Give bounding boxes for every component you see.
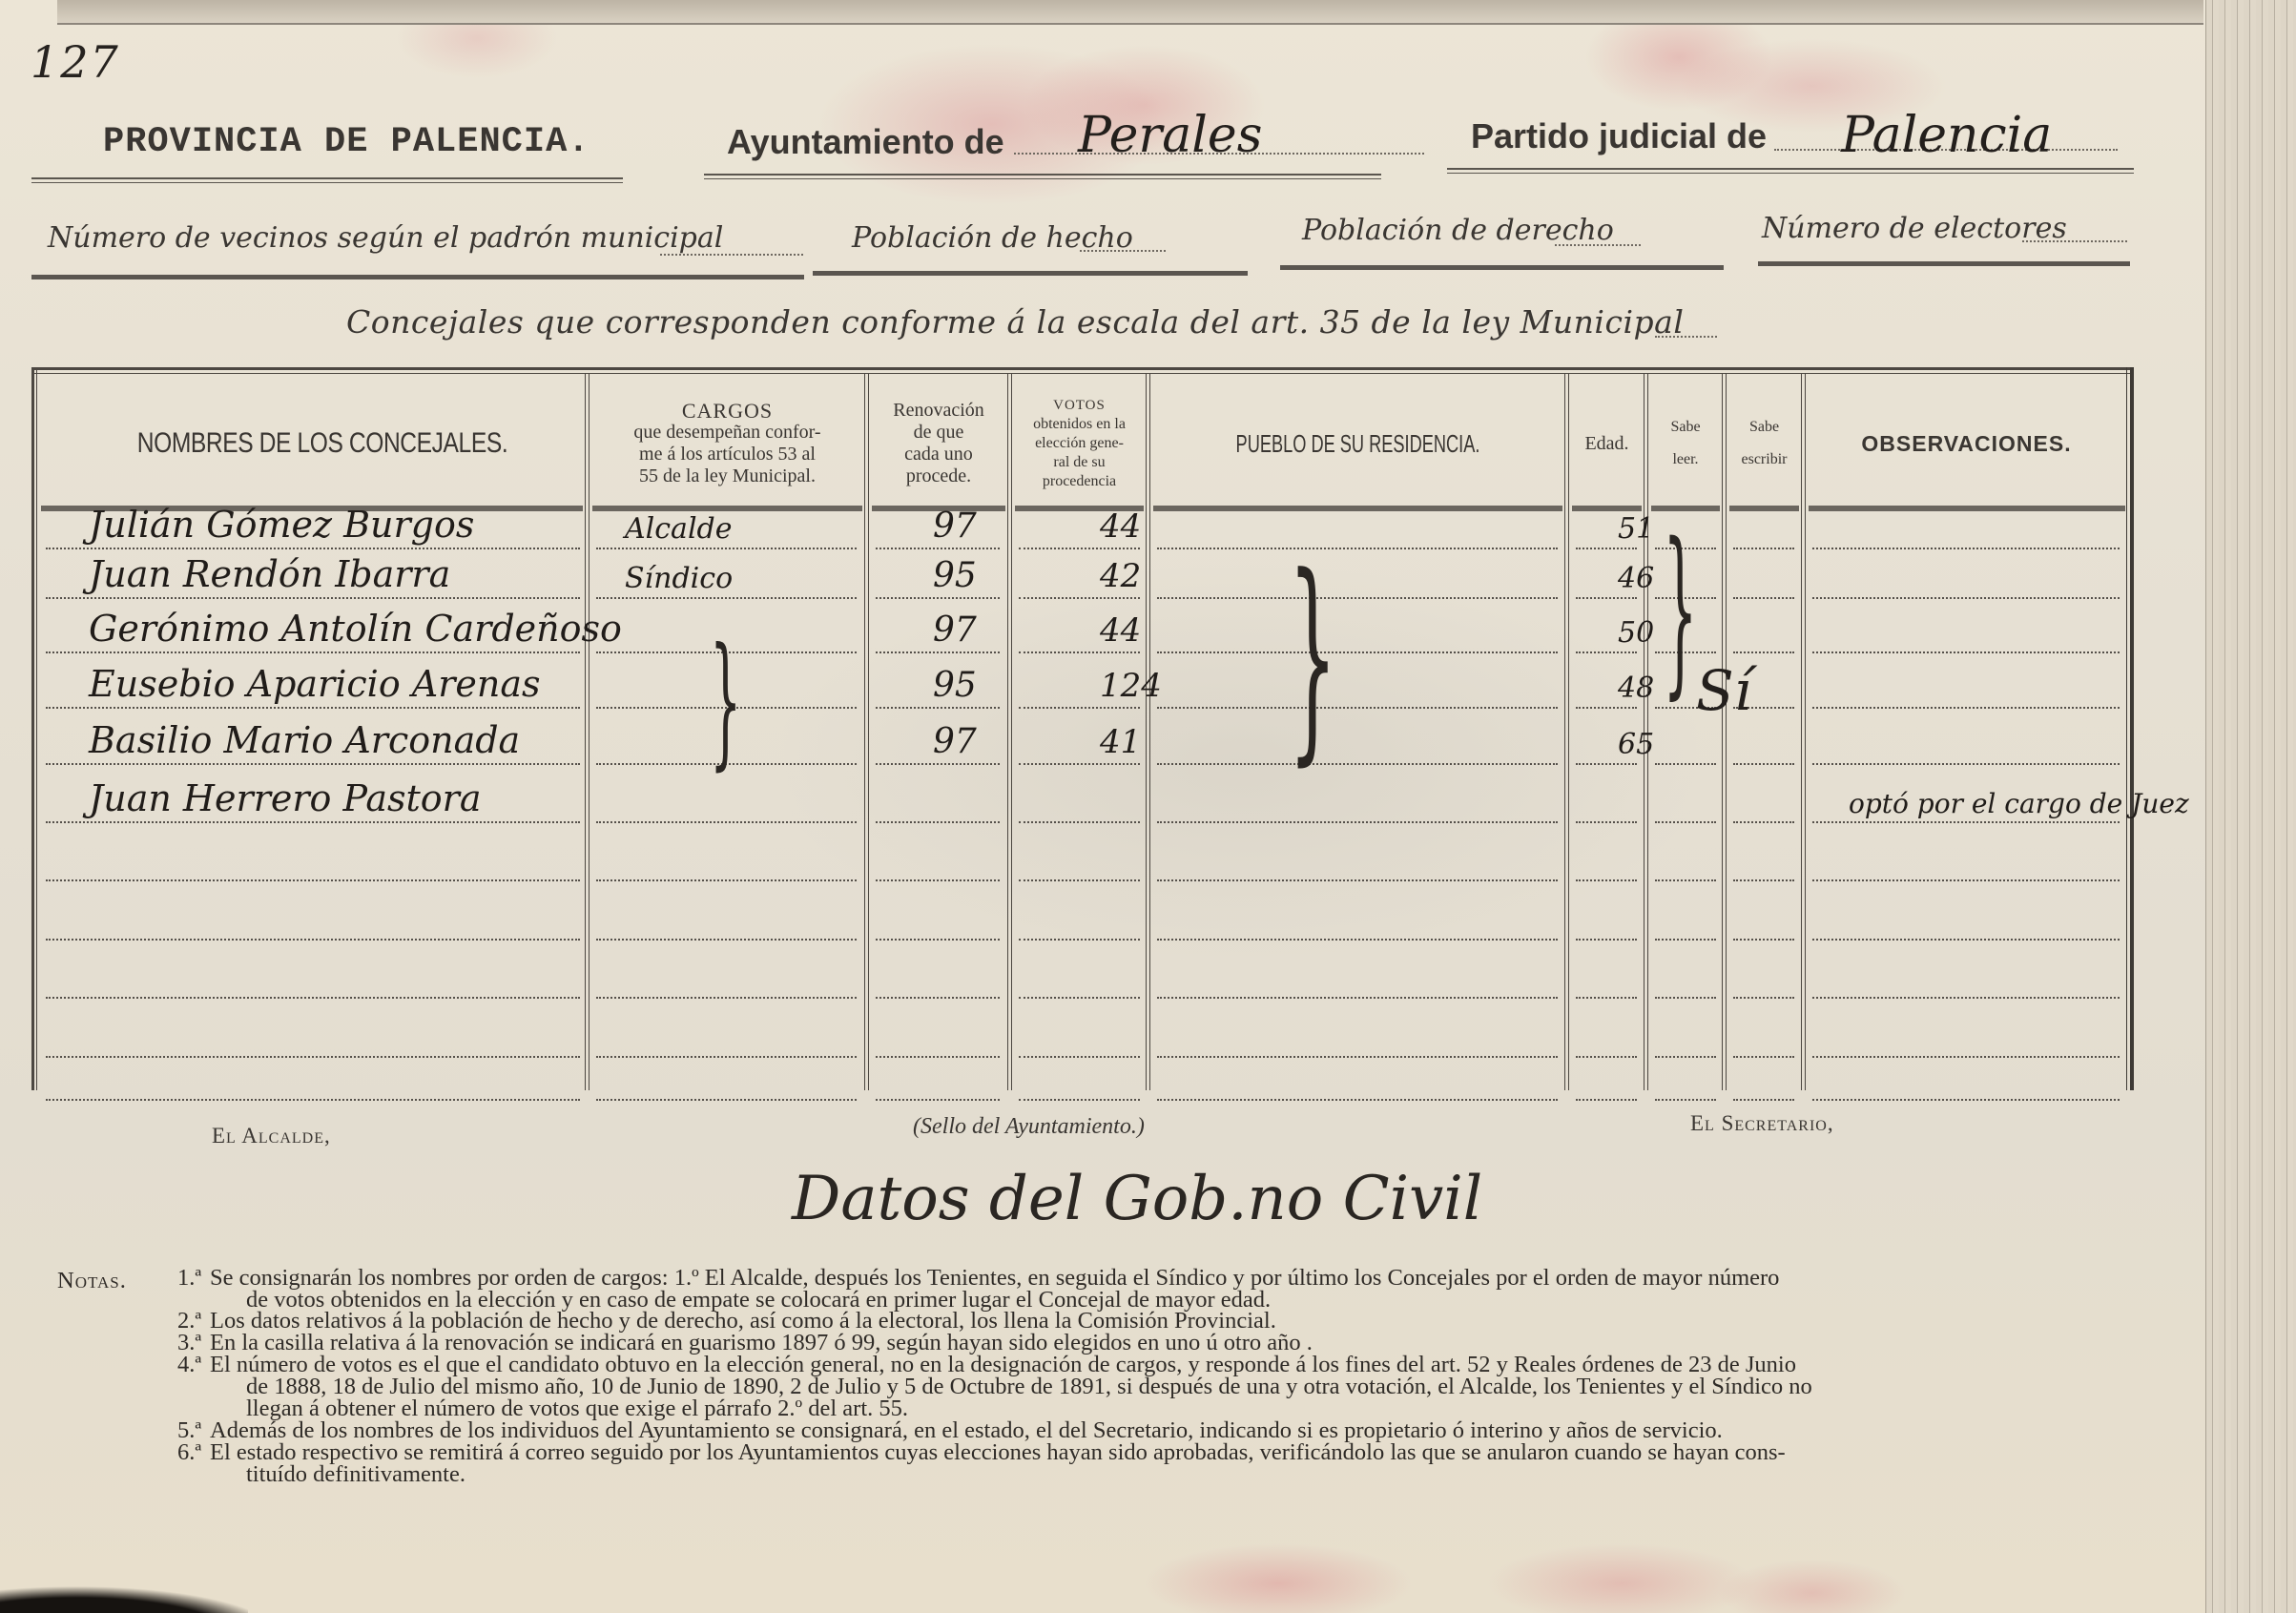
cargos-title: CARGOS (682, 400, 773, 422)
ditto-brace-edad: } (1663, 520, 1697, 701)
vecinos-label: Número de vecinos según el padrón munici… (48, 221, 723, 255)
table-row: Basilio Mario Arconada974165 (31, 713, 2130, 769)
councillor-name[interactable]: Basilio Mario Arconada (89, 719, 520, 761)
dotted-entry-line (1157, 597, 1558, 599)
header-line: obtenidos en la (1033, 415, 1126, 434)
councillor-name[interactable]: Juan Rendón Ibarra (89, 553, 450, 595)
rule (1447, 168, 2134, 174)
dotted-entry-line (1157, 707, 1558, 709)
dotted-entry-line (1812, 597, 2120, 599)
note-text: Los datos relativos á la población de he… (210, 1310, 2203, 1332)
dotted-entry-line (1812, 879, 2120, 881)
dotted-entry-line (876, 997, 1000, 999)
note-item: 4.ªEl número de votos es el que el candi… (210, 1354, 2203, 1419)
note-text: En la casilla relativa á la renovación s… (210, 1332, 2203, 1354)
dotted-entry-line (1157, 763, 1558, 765)
column-header-cargos: CARGOS que desempeñan confor- me á los a… (590, 386, 864, 501)
dotted-entry-line (1655, 939, 1716, 941)
ayuntamiento-label: Ayuntamiento de (727, 122, 1004, 162)
edad-value[interactable]: 65 (1618, 728, 1654, 761)
dotted-entry-line (596, 1099, 857, 1101)
dotted-entry-line (1812, 707, 2120, 709)
column-header-observaciones: OBSERVACIONES. (1807, 386, 2126, 501)
dotted-entry-line (596, 997, 857, 999)
vecinos-field[interactable] (660, 254, 803, 256)
dotted-entry-line (46, 597, 580, 599)
page-stack-edge (2205, 0, 2296, 1613)
folio-number: 127 (31, 36, 120, 88)
votos-title: VOTOS (1053, 396, 1106, 415)
renovacion-value[interactable]: 97 (933, 507, 977, 546)
dotted-entry-line (1019, 997, 1140, 999)
column-header-sabe-leer: Sabe leer. (1649, 386, 1722, 501)
electores-field[interactable] (2022, 240, 2127, 242)
binding-shadow (0, 1575, 248, 1613)
note-item: 1.ªSe consignarán los nombres por orden … (210, 1267, 2203, 1311)
votos-value[interactable]: 42 (1100, 557, 1141, 595)
header-line: procedencia (1043, 472, 1116, 491)
provincia-title: PROVINCIA DE PALENCIA. (103, 122, 590, 162)
dotted-entry-line (876, 597, 1000, 599)
dotted-entry-line (46, 707, 580, 709)
column-header-renovacion: Renovación de que cada uno procede. (870, 386, 1007, 501)
note-text: El estado respectivo se remitirá á corre… (210, 1441, 2203, 1463)
edad-value[interactable]: 46 (1618, 562, 1654, 595)
dotted-entry-line (876, 879, 1000, 881)
dotted-entry-line (596, 939, 857, 941)
dotted-entry-line (1812, 821, 2120, 823)
dotted-entry-line (1576, 651, 1637, 653)
sabe-leer-escribir-value[interactable]: Sí (1696, 658, 1751, 723)
observaciones-value[interactable]: optó por el cargo de Juez (1849, 788, 2189, 819)
note-text: de 1888, 18 de Julio del mismo año, 10 d… (210, 1375, 2203, 1397)
note-number: 2.ª (177, 1310, 201, 1332)
header-line: me á los artículos 53 al (639, 444, 816, 465)
dotted-entry-line (46, 939, 580, 941)
edad-value[interactable]: 48 (1618, 672, 1654, 705)
note-item: 2.ªLos datos relativos á la población de… (210, 1310, 2203, 1332)
header-line: que desempeñan confor- (633, 422, 820, 444)
dotted-entry-line (1157, 997, 1558, 999)
note-number: 1.ª (177, 1267, 201, 1289)
dotted-entry-line (1812, 651, 2120, 653)
dotted-entry-line (1812, 939, 2120, 941)
table-row (31, 889, 2130, 944)
dotted-entry-line (1812, 763, 2120, 765)
dotted-entry-line (596, 821, 857, 823)
dotted-entry-line (1157, 1099, 1558, 1101)
dotted-entry-line (46, 821, 580, 823)
column-header-pueblo: PUEBLO DE SU RESIDENCIA. (1213, 386, 1502, 501)
dotted-entry-line (876, 939, 1000, 941)
dotted-entry-line (1733, 597, 1794, 599)
renovacion-value[interactable]: 95 (933, 666, 977, 705)
note-item: 6.ªEl estado respectivo se remitirá á co… (210, 1441, 2203, 1485)
dotted-entry-line (1812, 1099, 2120, 1101)
dotted-entry-line (1576, 997, 1637, 999)
dotted-entry-line (1733, 879, 1794, 881)
dotted-entry-line (1019, 821, 1140, 823)
partido-judicial-value[interactable]: Palencia (1841, 107, 2052, 164)
dotted-entry-line (876, 763, 1000, 765)
dotted-entry-line (46, 651, 580, 653)
dotted-entry-line (596, 597, 857, 599)
dotted-entry-line (1733, 763, 1794, 765)
dotted-entry-line (1733, 651, 1794, 653)
dotted-entry-line (1157, 651, 1558, 653)
note-number: 6.ª (177, 1441, 201, 1463)
votos-value[interactable]: 44 (1100, 507, 1141, 546)
renovacion-value[interactable]: 97 (933, 610, 977, 650)
sello-label: (Sello del Ayuntamiento.) (913, 1114, 1145, 1140)
table-row (31, 947, 2130, 1003)
rule (31, 275, 804, 279)
dotted-entry-line (1655, 763, 1716, 765)
column-header-nombres: NOMBRES DE LOS CONCEJALES. (99, 386, 545, 501)
edad-value[interactable]: 50 (1618, 616, 1654, 650)
dotted-entry-line (1019, 763, 1140, 765)
partido-judicial-label: Partido judicial de (1471, 116, 1767, 156)
header-line: leer. (1672, 450, 1698, 469)
renovacion-value[interactable]: 95 (933, 556, 977, 595)
table-row: Eusebio Aparicio Arenas9512448 (31, 657, 2130, 713)
dotted-entry-line (1733, 1099, 1794, 1101)
dotted-entry-line (1576, 939, 1637, 941)
document-page: 127 PROVINCIA DE PALENCIA. Ayuntamiento … (0, 0, 2296, 1613)
councillor-name[interactable]: Gerónimo Antolín Cardeñoso (89, 608, 622, 650)
renovacion-value[interactable]: 97 (933, 722, 977, 761)
dotted-entry-line (46, 763, 580, 765)
dotted-entry-line (596, 879, 857, 881)
header-line: procede. (906, 465, 971, 487)
note-text: tituído definitivamente. (210, 1463, 2203, 1485)
dotted-entry-line (1733, 939, 1794, 941)
dotted-entry-line (1655, 1099, 1716, 1101)
councillor-name[interactable]: Eusebio Aparicio Arenas (89, 663, 541, 705)
dotted-entry-line (1157, 879, 1558, 881)
concejales-table: NOMBRES DE LOS CONCEJALES. CARGOS que de… (31, 367, 2130, 1090)
column-header-votos: VOTOS obtenidos en la elección gene- ral… (1013, 386, 1146, 501)
votos-value[interactable]: 124 (1100, 667, 1162, 705)
table-row: Julián Gómez BurgosAlcalde974451 (31, 498, 2130, 553)
dotted-entry-line (1019, 939, 1140, 941)
dotted-entry-line (1019, 707, 1140, 709)
table-row: Juan Rendón IbarraSíndico954246 (31, 548, 2130, 603)
dotted-entry-line (876, 651, 1000, 653)
ayuntamiento-value[interactable]: Perales (1078, 107, 1262, 164)
header-line: Sabe (1749, 418, 1779, 437)
dotted-entry-line (1157, 821, 1558, 823)
header-line: 55 de la ley Municipal. (639, 465, 816, 487)
note-number: 5.ª (177, 1419, 201, 1441)
header-line: ral de su (1053, 453, 1105, 472)
rule (1758, 261, 2130, 266)
dotted-entry-line (1733, 997, 1794, 999)
rule (704, 174, 1381, 179)
book-binding-edge (57, 0, 2203, 25)
concejales-line: Concejales que corresponden conforme á l… (346, 303, 1684, 341)
dotted-entry-line (1576, 1099, 1637, 1101)
poblacion-derecho-field[interactable] (1555, 244, 1641, 246)
note-text: Además de los nombres de los individuos … (210, 1419, 2203, 1441)
dotted-entry-line (1019, 651, 1140, 653)
header-line: escribir (1742, 450, 1788, 469)
table-row: Gerónimo Antolín Cardeñoso974450 (31, 602, 2130, 657)
dotted-entry-line (46, 997, 580, 999)
dotted-entry-line (1576, 763, 1637, 765)
dotted-entry-line (1576, 597, 1637, 599)
header-line: Renovación (893, 400, 984, 422)
column-header-edad: Edad. (1570, 386, 1644, 501)
cargo-value[interactable]: Síndico (625, 562, 733, 595)
header-line: de que (914, 422, 964, 444)
councillor-name[interactable]: Julián Gómez Burgos (89, 504, 474, 546)
poblacion-hecho-field[interactable] (1080, 250, 1166, 252)
dotted-entry-line (46, 1099, 580, 1101)
table-row (31, 830, 2130, 885)
dotted-entry-line (46, 879, 580, 881)
votos-value[interactable]: 44 (1100, 611, 1141, 650)
dotted-entry-line (876, 707, 1000, 709)
handwritten-datos-note: Datos del Gob.no Civil (792, 1164, 1482, 1234)
dotted-entry-line (1655, 879, 1716, 881)
rule (1280, 265, 1724, 270)
dotted-entry-line (1655, 997, 1716, 999)
note-text: Se consignarán los nombres por orden de … (210, 1267, 2203, 1289)
note-number: 3.ª (177, 1332, 201, 1354)
table-row (31, 1049, 2130, 1105)
dotted-entry-line (1019, 1099, 1140, 1101)
electores-label: Número de electores (1762, 212, 2067, 245)
dotted-entry-line (1157, 939, 1558, 941)
concejales-field[interactable] (1655, 336, 1717, 338)
votos-value[interactable]: 41 (1100, 723, 1141, 761)
cargo-value[interactable]: Alcalde (625, 512, 733, 546)
table-row: Juan Herrero Pastoraoptó por el cargo de… (31, 772, 2130, 827)
note-text: El número de votos es el que el candidat… (210, 1354, 2203, 1375)
note-text: llegan á obtener el número de votos que … (210, 1397, 2203, 1419)
dotted-entry-line (1576, 879, 1637, 881)
dotted-entry-line (1576, 707, 1637, 709)
column-header-sabe-escribir: Sabe escribir (1727, 386, 1801, 501)
alcalde-signature-label: El Alcalde, (212, 1124, 331, 1148)
rule (31, 177, 623, 183)
dotted-entry-line (876, 821, 1000, 823)
dotted-entry-line (1733, 821, 1794, 823)
dotted-entry-line (1019, 879, 1140, 881)
note-item: 3.ªEn la casilla relativa á la renovació… (210, 1332, 2203, 1354)
notes-label: Notas. (57, 1270, 127, 1292)
secretario-signature-label: El Secretario, (1690, 1111, 1834, 1136)
councillor-name[interactable]: Juan Herrero Pastora (89, 777, 481, 819)
header-line: elección gene- (1035, 434, 1124, 453)
dotted-entry-line (876, 1099, 1000, 1101)
dotted-entry-line (1019, 597, 1140, 599)
rule (813, 271, 1248, 276)
dotted-entry-line (1655, 821, 1716, 823)
note-number: 4.ª (177, 1354, 201, 1375)
dotted-entry-line (1576, 821, 1637, 823)
header-line: cada uno (904, 444, 973, 465)
ditto-brace-pueblo: } (1289, 548, 1337, 768)
ditto-brace-cargo: } (710, 630, 741, 773)
poblacion-derecho-label: Población de derecho (1302, 214, 1614, 247)
table-top-border (31, 367, 2130, 374)
note-item: 5.ªAdemás de los nombres de los individu… (210, 1419, 2203, 1441)
edad-value[interactable]: 51 (1618, 512, 1654, 546)
dotted-entry-line (1812, 997, 2120, 999)
header-line: Sabe (1670, 418, 1700, 437)
